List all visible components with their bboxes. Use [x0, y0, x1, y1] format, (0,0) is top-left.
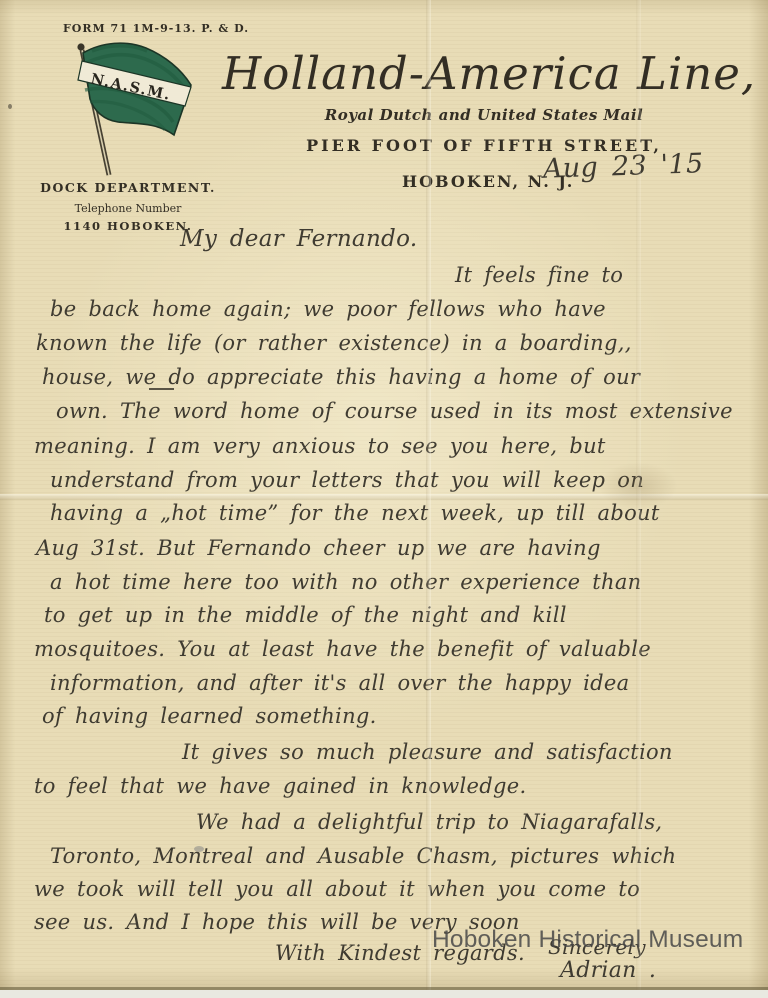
scanned-letter: FORM 71 1M-9-13. P. & D. N.A.S.M. Hollan…: [0, 0, 768, 998]
handwritten-date: Aug 23 '15: [543, 149, 704, 185]
letter-line: be back home again; we poor fellows who …: [50, 294, 606, 324]
letter-line: information, and after it's all over the…: [50, 668, 629, 698]
letter-line: Aug 31st. But Fernando cheer up we are h…: [36, 533, 601, 563]
form-number: FORM 71 1M-9-13. P. & D.: [63, 22, 249, 35]
nasm-flag-icon: N.A.S.M.: [52, 38, 204, 180]
signature: Adrian .: [560, 956, 656, 986]
letter-line: understand from your letters that you wi…: [50, 465, 644, 495]
paper-speck: [194, 846, 204, 852]
letter-line: to get up in the middle of the night and…: [44, 600, 567, 630]
company-tagline: Royal Dutch and United States Mail: [222, 106, 746, 124]
company-name: Holland-America Line,: [222, 48, 746, 100]
letter-line: we took will tell you all about it when …: [34, 874, 640, 904]
museum-watermark: Hoboken Historical Museum: [432, 926, 743, 954]
letter-line: to feel that we have gained in knowledge…: [34, 771, 526, 801]
letter-line: mosquitoes. You at least have the benefi…: [34, 634, 651, 664]
letter-line: of having learned something.: [42, 701, 377, 731]
letter-line: Toronto, Montreal and Ausable Chasm, pic…: [50, 841, 676, 871]
letter-line: known the life (or rather existence) in …: [36, 328, 632, 358]
letter-line: meaning. I am very anxious to see you he…: [34, 431, 606, 461]
scan-background-strip: [0, 990, 768, 998]
paper-speck: [8, 104, 12, 109]
emphasis-underline: [149, 388, 174, 390]
letter-line: a hot time here too with no other experi…: [50, 567, 642, 597]
letter-line: own. The word home of course used in its…: [56, 396, 733, 426]
dock-department: DOCK DEPARTMENT.: [40, 180, 216, 195]
fold-crease-vertical: [426, 0, 431, 990]
paper-wrinkle: [598, 462, 678, 510]
letter-line: It feels fine to: [455, 260, 623, 290]
salutation: My dear Fernando.: [180, 224, 417, 254]
letter-line: having a „hot time” for the next week, u…: [50, 498, 660, 528]
letter-line: house, we do appreciate this having a ho…: [42, 362, 640, 392]
telephone-label: Telephone Number: [40, 202, 216, 215]
